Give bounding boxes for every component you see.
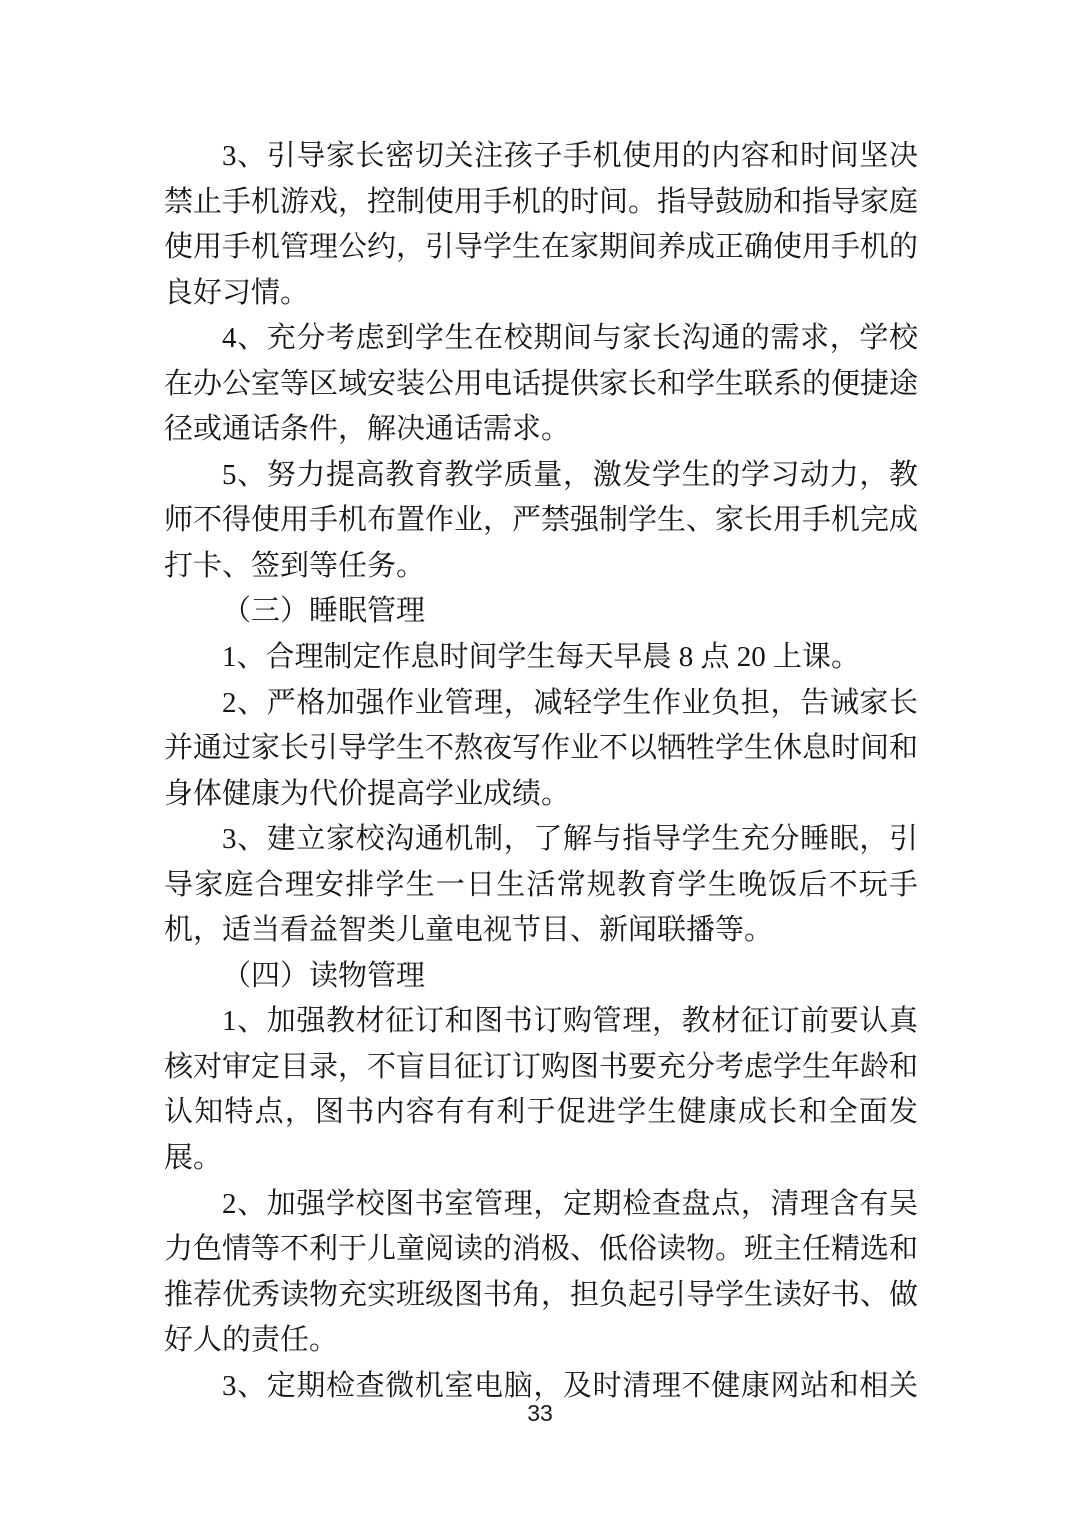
paragraph-sleep-1: 1、合理制定作息时间学生每天早晨 8 点 20 上课。 bbox=[164, 635, 918, 681]
paragraph-phone-3: 3、引导家长密切关注孩子手机使用的内容和时间坚决禁止手机游戏，控制使用手机的时间… bbox=[164, 134, 918, 316]
page-number: 33 bbox=[0, 1400, 1080, 1427]
paragraph-phone-5: 5、努力提高教育教学质量，激发学生的学习动力，教师不得使用手机布置作业，严禁强制… bbox=[164, 453, 918, 590]
paragraph-phone-4: 4、充分考虑到学生在校期间与家长沟通的需求，学校在办公室等区域安装公用电话提供家… bbox=[164, 316, 918, 453]
section-heading-sleep-management: （三）睡眠管理 bbox=[164, 589, 918, 635]
page-background: 3、引导家长密切关注孩子手机使用的内容和时间坚决禁止手机游戏，控制使用手机的时间… bbox=[0, 0, 1080, 1527]
section-heading-reading-material-management: （四）读物管理 bbox=[164, 954, 918, 1000]
paragraph-reading-1: 1、加强教材征订和图书订购管理，教材征订前要认真核对审定目录，不盲目征订订购图书… bbox=[164, 999, 918, 1181]
document-page: { "doc": { "colors": { "text": "#151515"… bbox=[0, 0, 1080, 1527]
paragraph-sleep-3: 3、建立家校沟通机制，了解与指导学生充分睡眠，引导家庭合理安排学生一日生活常规教… bbox=[164, 817, 918, 954]
paragraph-sleep-2: 2、严格加强作业管理，减轻学生作业负担，告诫家长并通过家长引导学生不熬夜写作业不… bbox=[164, 681, 918, 818]
paragraph-reading-2: 2、加强学校图书室管理，定期检查盘点，清理含有吴力色情等不利于儿童阅读的消极、低… bbox=[164, 1182, 918, 1364]
page-content: 3、引导家长密切关注孩子手机使用的内容和时间坚决禁止手机游戏，控制使用手机的时间… bbox=[164, 134, 918, 1409]
